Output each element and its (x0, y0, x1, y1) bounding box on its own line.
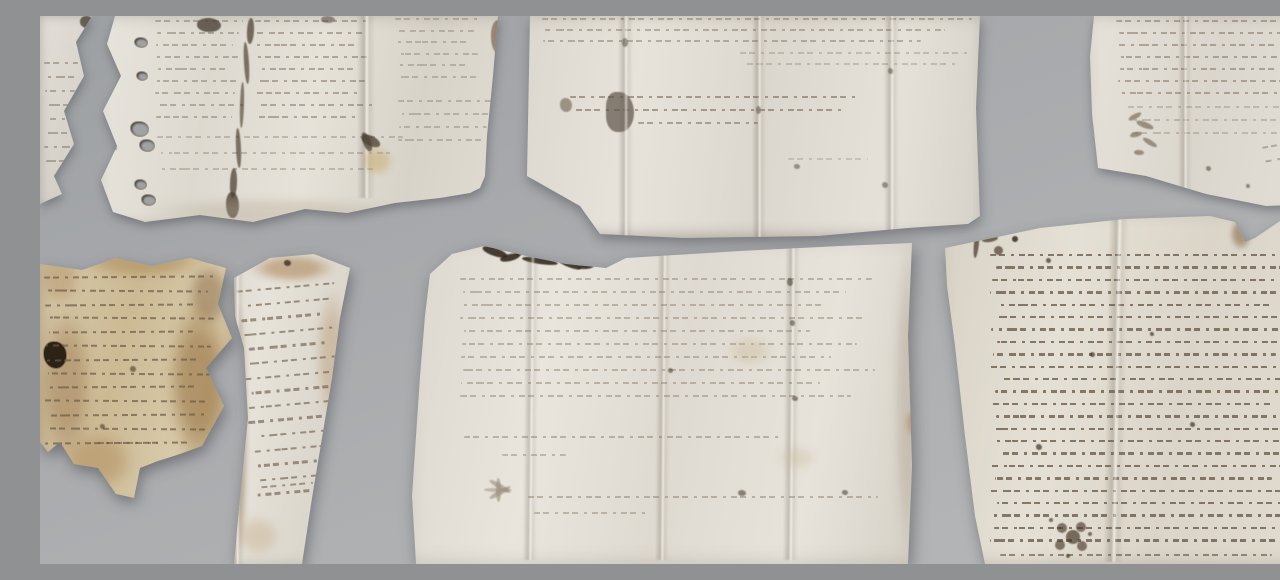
document-top-right (1086, 16, 1280, 214)
ink-mark (235, 128, 241, 168)
script-line (44, 400, 207, 404)
script-line (157, 104, 245, 106)
script-lines (502, 454, 566, 462)
script-line (157, 32, 239, 34)
script-line (461, 382, 819, 384)
script-line (254, 442, 348, 453)
script-line (258, 472, 347, 482)
ink-mark (1190, 422, 1195, 427)
stain (361, 146, 393, 176)
ink-mark (787, 278, 793, 286)
script-line (156, 44, 233, 46)
paper-top-left-sliver (40, 16, 100, 206)
script-line (249, 400, 333, 410)
document-top-center (488, 16, 986, 242)
script-line (47, 118, 76, 120)
script-line (1128, 106, 1280, 108)
script-line (994, 316, 1280, 318)
script-line (1117, 92, 1280, 94)
paper-top-center (488, 16, 986, 242)
script-line (991, 328, 1280, 330)
script-line (992, 279, 1279, 281)
script-line (257, 104, 373, 106)
document-bottom-right (938, 210, 1280, 564)
script-line (528, 496, 878, 498)
script-line (1117, 44, 1280, 46)
ink-mark (1240, 214, 1250, 223)
script-line (45, 303, 196, 306)
script-line (788, 158, 868, 160)
document-top-left (95, 16, 507, 230)
ink-mark (1066, 554, 1070, 558)
ink-mark (882, 182, 888, 188)
script-line (44, 62, 78, 64)
script-line (990, 539, 1280, 541)
script-line (237, 282, 335, 293)
script-line (241, 312, 326, 322)
script-lines (1116, 20, 1280, 100)
script-line (49, 413, 207, 416)
script-lines (534, 512, 650, 521)
hole (137, 72, 147, 80)
script-line (396, 41, 470, 43)
script-line (257, 68, 354, 70)
script-line (462, 343, 858, 345)
ink-mark (1057, 523, 1067, 533)
script-line (45, 90, 75, 92)
ink-mark (321, 16, 335, 23)
ink-mark (246, 18, 255, 44)
script-line (46, 76, 78, 78)
script-line (993, 514, 1280, 516)
script-line (990, 291, 1280, 293)
script-line (999, 304, 1273, 306)
script-lines (44, 62, 78, 178)
script-line (395, 18, 479, 20)
ink-mark (98, 140, 117, 152)
script-line (241, 326, 333, 336)
hole (135, 180, 146, 189)
script-line (463, 291, 846, 293)
script-line (997, 341, 1280, 343)
ink-mark (80, 16, 94, 28)
script-line (398, 100, 498, 102)
script-line (990, 254, 1280, 256)
hole (131, 122, 148, 136)
script-line (158, 168, 374, 170)
script-line (461, 304, 824, 306)
script-line (46, 160, 80, 162)
script-line (253, 458, 337, 468)
script-line (155, 92, 234, 94)
script-line (396, 76, 477, 78)
script-line (248, 413, 341, 423)
ink-mark (284, 260, 291, 266)
ink-mark (756, 106, 761, 114)
script-lines (1000, 554, 1272, 562)
script-lines (395, 18, 479, 88)
fold-crease (752, 16, 766, 238)
script-line (638, 122, 758, 124)
script-lines (98, 442, 158, 456)
script-line (992, 403, 1272, 405)
script-lines (255, 20, 371, 128)
stain (250, 254, 334, 282)
script-line (256, 32, 364, 34)
ink-mark (1088, 532, 1092, 536)
ink-mark (1055, 540, 1065, 550)
ink-mark (1246, 184, 1250, 188)
ink-mark (842, 490, 848, 495)
ink-mark (738, 490, 746, 496)
script-line (1000, 554, 1272, 556)
stain (728, 336, 772, 366)
script-line (249, 341, 329, 350)
photo-manuscripts: Overhead photograph of six aged handwrit… (40, 16, 1280, 564)
script-line (155, 56, 242, 58)
script-line (460, 278, 872, 280)
document-top-left-fragment (40, 16, 100, 206)
ink-mark (578, 263, 594, 270)
script-line (990, 490, 1280, 492)
script-line (45, 358, 200, 361)
script-lines (237, 282, 354, 510)
script-line (543, 40, 921, 42)
script-lines (460, 278, 872, 404)
script-line (398, 64, 469, 66)
script-line (995, 477, 1272, 479)
script-line (998, 452, 1280, 454)
script-line (49, 331, 193, 334)
script-line (156, 80, 240, 82)
script-line (257, 428, 346, 438)
stain (145, 198, 405, 224)
script-lines (398, 100, 498, 152)
script-line (464, 436, 782, 438)
script-line (1116, 56, 1280, 58)
ink-mark (1206, 166, 1211, 171)
script-line (994, 527, 1280, 529)
script-line (460, 317, 868, 319)
script-line (395, 53, 478, 55)
script-line (993, 353, 1277, 355)
fold-crease (230, 274, 244, 564)
script-line (744, 63, 958, 65)
script-line (255, 92, 359, 94)
script-line (1264, 152, 1280, 163)
ink-mark (888, 68, 893, 74)
script-lines (740, 52, 970, 74)
ink-mark (1012, 236, 1018, 242)
script-line (46, 344, 211, 348)
script-line (399, 126, 487, 128)
fold-crease (618, 16, 633, 238)
script-line (1118, 80, 1280, 82)
script-line (246, 355, 335, 365)
script-lines (1262, 138, 1280, 175)
script-lines (638, 122, 758, 132)
script-line (45, 132, 78, 134)
script-line (161, 152, 390, 154)
ink-mark (197, 18, 221, 32)
script-line (44, 104, 78, 106)
script-line (251, 384, 346, 395)
ink-mark (556, 255, 583, 271)
script-lines (990, 254, 1280, 552)
ink-mark (1150, 332, 1154, 336)
script-line (255, 20, 371, 22)
script-line (464, 330, 810, 332)
stain (906, 410, 918, 436)
ink-mark (668, 368, 673, 373)
ink-mark (1036, 444, 1042, 450)
fold-crease (1178, 16, 1192, 206)
script-line (995, 390, 1280, 392)
script-line (255, 56, 370, 58)
ink-mark (243, 42, 250, 84)
hole (135, 38, 147, 47)
script-line (991, 465, 1280, 467)
script-lines (528, 496, 878, 506)
script-line (996, 266, 1280, 268)
ink-mark (239, 82, 245, 128)
ink-mark (792, 396, 798, 401)
script-line (397, 30, 475, 32)
script-line (156, 116, 233, 118)
stain (82, 246, 202, 278)
ink-mark (1046, 258, 1051, 263)
ink-mark (1134, 150, 1144, 155)
ink-mark (130, 366, 136, 372)
document-bottom-center (406, 238, 920, 564)
script-line (1129, 132, 1280, 134)
script-line (740, 52, 970, 54)
script-line (398, 139, 497, 141)
script-line (1132, 119, 1280, 121)
stain (1230, 218, 1252, 250)
ink-mark (972, 228, 980, 258)
ink-mark (790, 320, 795, 326)
ink-mark (1049, 518, 1053, 522)
script-line (256, 80, 367, 82)
ink-mark (484, 488, 512, 492)
document-bottom-left-strip (188, 246, 360, 564)
script-line (502, 454, 566, 456)
paper-top-left-main (95, 16, 507, 230)
stain (778, 446, 816, 470)
script-line (158, 68, 232, 70)
ink-mark (622, 38, 628, 47)
hole (140, 140, 154, 151)
script-line (1119, 32, 1280, 34)
ink-mark (100, 424, 105, 429)
fold-crease (884, 16, 899, 238)
stain (894, 248, 920, 558)
ink-mark (560, 98, 572, 112)
script-line (245, 370, 332, 380)
paper-top-right (1086, 16, 1280, 214)
script-line (47, 289, 207, 293)
ink-mark (1077, 541, 1087, 551)
script-lines (788, 158, 868, 167)
script-line (98, 442, 158, 444)
script-line (1116, 20, 1280, 22)
script-line (46, 386, 196, 389)
ink-mark (514, 246, 523, 256)
script-line (990, 366, 1280, 368)
script-lines (464, 436, 782, 446)
script-line (255, 44, 357, 46)
script-line (1000, 378, 1280, 380)
script-line (256, 116, 357, 118)
ink-mark (1076, 522, 1086, 532)
script-line (534, 512, 650, 514)
script-line (996, 415, 1280, 417)
script-lines (155, 20, 243, 128)
script-line (991, 440, 1280, 442)
paper-bottom-center (406, 238, 920, 564)
script-line (1120, 68, 1280, 70)
script-line (243, 297, 330, 307)
ink-mark (1090, 352, 1095, 357)
paper-bottom-left-strip (188, 246, 360, 564)
script-line (997, 502, 1280, 504)
script-line (44, 146, 75, 148)
script-line (461, 356, 832, 358)
script-line (402, 113, 495, 115)
paper-bottom-right (938, 210, 1280, 564)
script-line (994, 428, 1280, 430)
ink-mark (104, 138, 110, 154)
ink-mark (982, 235, 999, 244)
